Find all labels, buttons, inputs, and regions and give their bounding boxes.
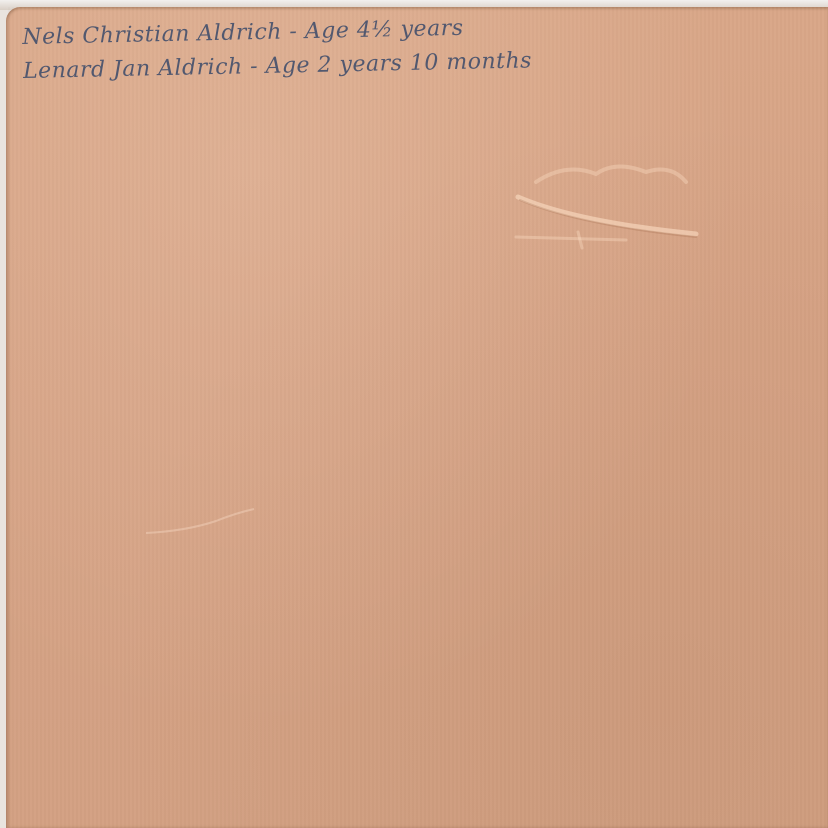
embossed-photographer-mark-icon <box>506 152 706 252</box>
photo-card-back: Nels Christian Aldrich - Age 4½ years Le… <box>6 7 828 828</box>
paper-crease <box>146 507 256 537</box>
handwritten-inscription: Nels Christian Aldrich - Age 4½ years Le… <box>22 10 532 89</box>
